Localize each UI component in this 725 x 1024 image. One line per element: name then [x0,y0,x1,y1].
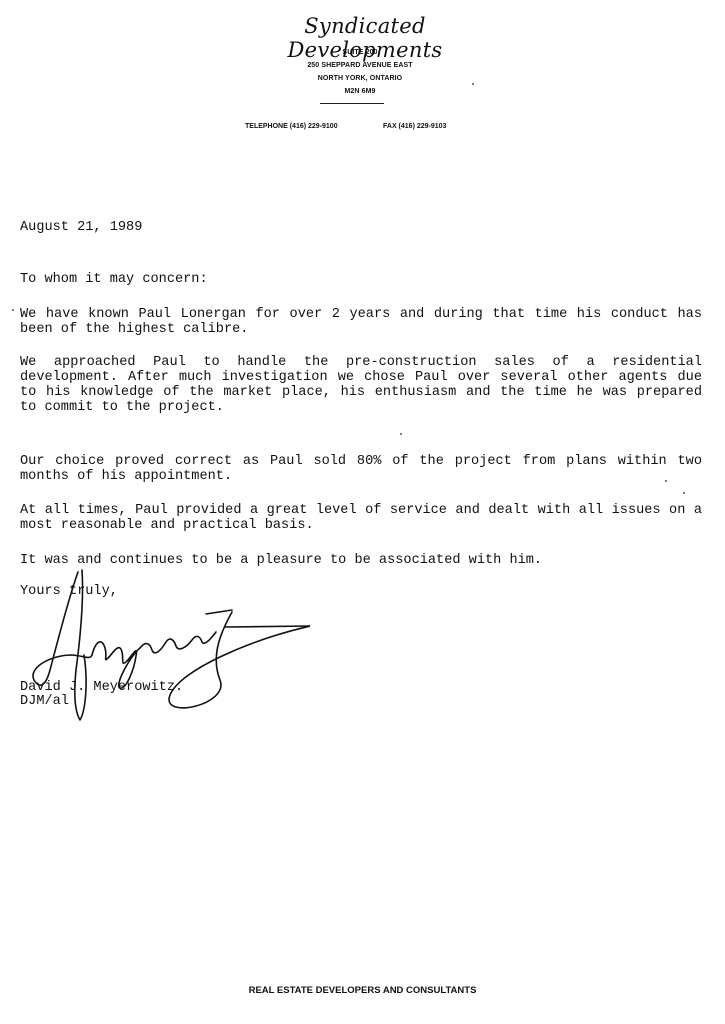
scan-speck [472,83,474,85]
scan-speck [683,492,685,494]
paragraph-4: At all times, Paul provided a great leve… [20,503,702,533]
letter-date: August 21, 1989 [20,220,702,235]
scan-speck [400,433,402,435]
letterhead-divider [320,103,384,104]
fax-number: FAX (416) 229-9103 [383,123,446,130]
handwritten-signature [10,560,310,740]
address-city: NORTH YORK, ONTARIO [250,75,470,82]
footer-tagline: REAL ESTATE DEVELOPERS AND CONSULTANTS [0,985,725,996]
paragraph-3: Our choice proved correct as Paul sold 8… [20,454,702,484]
address-postal-code: M2N 6M9 [250,88,470,95]
scan-speck [665,480,667,482]
paragraph-1: We have known Paul Lonergan for over 2 y… [20,307,702,337]
telephone-number: TELEPHONE (416) 229-9100 [245,123,338,130]
salutation: To whom it may concern: [20,272,702,287]
paragraph-2: We approached Paul to handle the pre-con… [20,355,702,415]
address-suite: SUITE 200 [250,49,470,56]
address-street: 250 SHEPPARD AVENUE EAST [250,62,470,69]
scan-speck [12,309,14,311]
